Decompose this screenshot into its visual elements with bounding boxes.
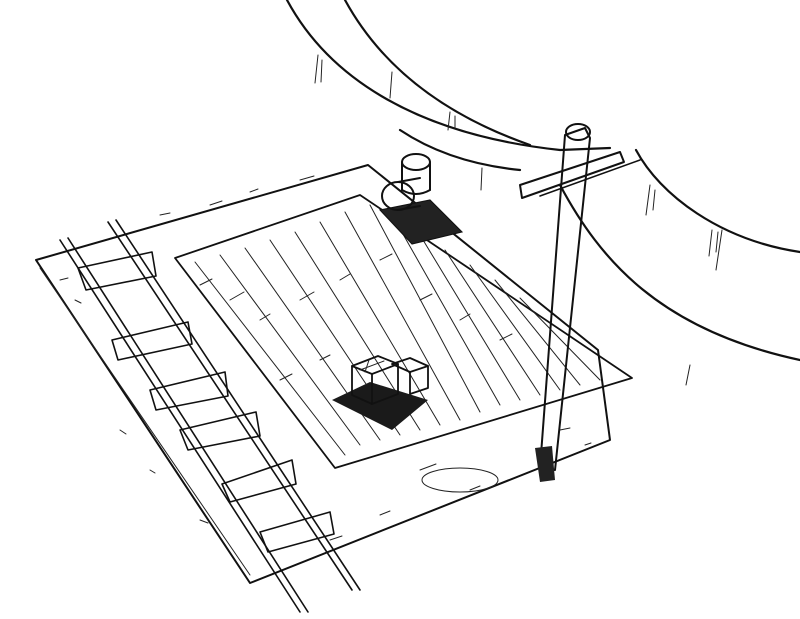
ink-illustration — [0, 0, 800, 619]
overhead-wires — [0, 0, 800, 385]
barrels — [380, 154, 462, 244]
rail-sleepers — [78, 252, 334, 552]
